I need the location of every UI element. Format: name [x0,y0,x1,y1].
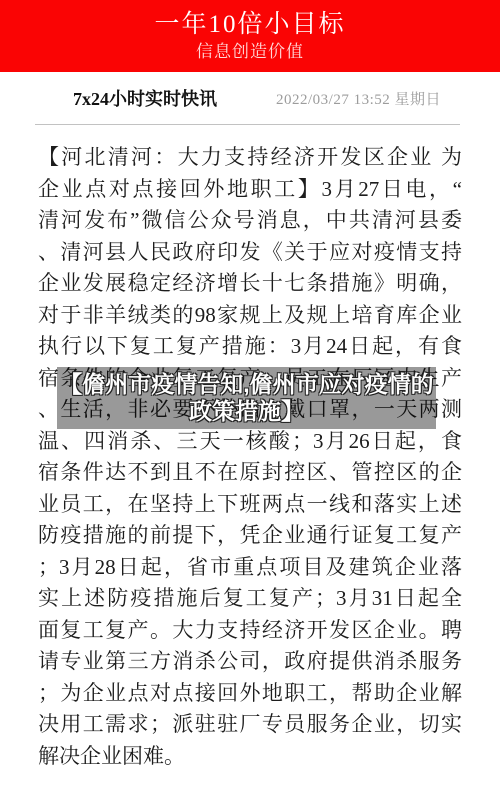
article-line: 执行以下复工复产措施：3月24日起，有食 [38,331,462,363]
article-line: ；为企业点对点接回外地职工，帮助企业解 [38,678,462,710]
article-line: 防疫措施的前提下，凭企业通行证复工复产 [38,520,462,552]
article-line: 清河发布”微信公众号消息，中共清河县委 [38,205,462,237]
article-line: 面复工复产。大力支持经济开发区企业。聘 [38,615,462,647]
caption-line-2: 政策措施】 [189,398,304,425]
article-body: 【河北清河：大力支持经济开发区企业 为企业点对点接回外地职工】3月27日电，“清… [38,142,462,772]
article-line: 解决企业困难。 [38,741,462,773]
article-line: 企业点对点接回外地职工】3月27日电，“ [38,174,462,206]
masthead-subtitle: 信息创造价值 [196,42,304,62]
article-line: 、清河县人民政府印发《关于应对疫情支持 [38,237,462,269]
caption-line-1: 【儋州市疫情告知,儋州市应对疫情的 [59,371,433,398]
article-line: 实上述防疫措施后复工复产；3月31日起全 [38,583,462,615]
header-divider [35,124,460,125]
datetime-text: 2022/03/27 13:52 星期日 [276,88,441,109]
article-line: ；3月28日起，省市重点项目及建筑企业落 [38,552,462,584]
article-line: 请专业第三方消杀公司，政府提供消杀服务 [38,646,462,678]
caption-overlay: 【儋州市疫情告知,儋州市应对疫情的 政策措施】 [57,367,436,429]
subheader-bar: 7x24小时实时快讯 2022/03/27 13:52 星期日 [0,72,500,124]
article-line: 决用工需求；派驻驻厂专员服务企业，切实 [38,709,462,741]
article-line: 业员工，在坚持上下班两点一线和落实上述 [38,489,462,521]
article-line: 【河北清河：大力支持经济开发区企业 为 [38,142,462,174]
newsflash-label: 7x24小时实时快讯 [73,85,217,111]
masthead-banner: 一年10倍小目标 信息创造价值 [0,0,500,72]
masthead-title: 一年10倍小目标 [154,10,345,40]
article-line: 温、四消杀、三天一核酸；3月26日起，食 [38,426,462,458]
article-line: 企业发展稳定经济增长十七条措施》明确， [38,268,462,300]
article-line: 宿条件达不到且不在原封控区、管控区的企 [38,457,462,489]
news-flash-page: 一年10倍小目标 信息创造价值 7x24小时实时快讯 2022/03/27 13… [0,0,500,797]
article-line: 对于非羊绒类的98家规上及规上培育库企业 [38,300,462,332]
